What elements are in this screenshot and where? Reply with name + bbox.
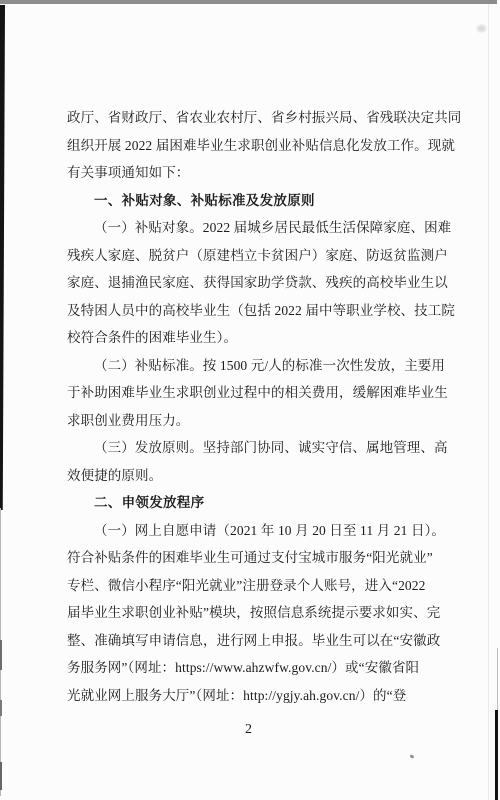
- scan-artifact-left-dash: [0, 700, 2, 716]
- text-line: 组织开展 2022 届困难毕业生求职创业补贴信息化发放工作。现就: [67, 132, 457, 160]
- scan-artifact-bottom-right-faint-line: [497, 648, 498, 712]
- text-line: 届毕业生求职创业补贴”模块，按照信息系统提示要求如实、完: [67, 599, 457, 627]
- text-line: 及特困人员中的高校毕业生（包括 2022 届中等职业学校、技工院: [67, 297, 457, 325]
- text-line: 专栏、微信小程序“阳光就业”注册登录个人账号，进入“2022: [67, 572, 457, 600]
- document-body-text: 政厅、省财政厅、省农业农村厅、省乡村振兴局、省残联决定共同组织开展 2022 届…: [67, 104, 457, 709]
- text-line: 整、准确填写申请信息，进行网上申报。毕业生可以在“安徽政: [67, 627, 457, 655]
- text-line: （二）补贴标准。按 1500 元/人的标准一次性发放，主要用: [67, 352, 457, 380]
- text-line: 政厅、省财政厅、省农业农村厅、省乡村振兴局、省残联决定共同: [67, 104, 457, 132]
- text-line: （三）发放原则。坚持部门协同、诚实守信、属地管理、高: [67, 434, 457, 462]
- text-line: 效便捷的原则。: [67, 462, 457, 490]
- scan-artifact-top-bar: [0, 0, 497, 4]
- scan-artifact-speck: [410, 754, 415, 758]
- text-line: 务服务网”（网址：https://www.ahzwfw.gov.cn/）或“安徽…: [67, 654, 457, 682]
- text-line: （一）补贴对象。2022 届城乡居民最低生活保障家庭、困难: [67, 214, 457, 242]
- page-number: 2: [0, 722, 497, 738]
- scan-artifact-left-dash: [0, 762, 2, 790]
- text-line: 于补助困难毕业生求职创业过程中的相关费用，缓解困难毕业生: [67, 379, 457, 407]
- text-line: 家庭、退捕渔民家庭、获得国家助学贷款、残疾的高校毕业生以: [67, 269, 457, 297]
- text-line: 有关事项通知如下：: [67, 159, 457, 187]
- text-line: 一、补贴对象、补贴标准及发放原则: [67, 187, 457, 215]
- text-line: 残疾人家庭、脱贫户（原建档立卡贫困户）家庭、防返贫监测户: [67, 242, 457, 270]
- text-line: 光就业网上服务大厅”（网址：http://ygjy.ah.gov.cn/）的“登: [67, 682, 457, 710]
- scanned-document-page: 政厅、省财政厅、省农业农村厅、省乡村振兴局、省残联决定共同组织开展 2022 届…: [0, 0, 500, 800]
- scan-artifact-left-black-bar: [0, 5, 5, 510]
- text-line: 符合补贴条件的困难毕业生可通过支付宝城市服务“阳光就业”: [67, 544, 457, 572]
- text-line: 校符合条件的困难毕业生）。: [67, 324, 457, 352]
- scan-artifact-smudge: [477, 25, 486, 32]
- text-line: 求职创业费用压力。: [67, 407, 457, 435]
- text-line: （一）网上自愿申请（2021 年 10 月 20 日至 11 月 21 日）。: [67, 517, 457, 545]
- scan-artifact-right-faint-line: [488, 4, 489, 800]
- scan-artifact-left-dash: [0, 640, 2, 670]
- text-line: 二、申领发放程序: [67, 489, 457, 517]
